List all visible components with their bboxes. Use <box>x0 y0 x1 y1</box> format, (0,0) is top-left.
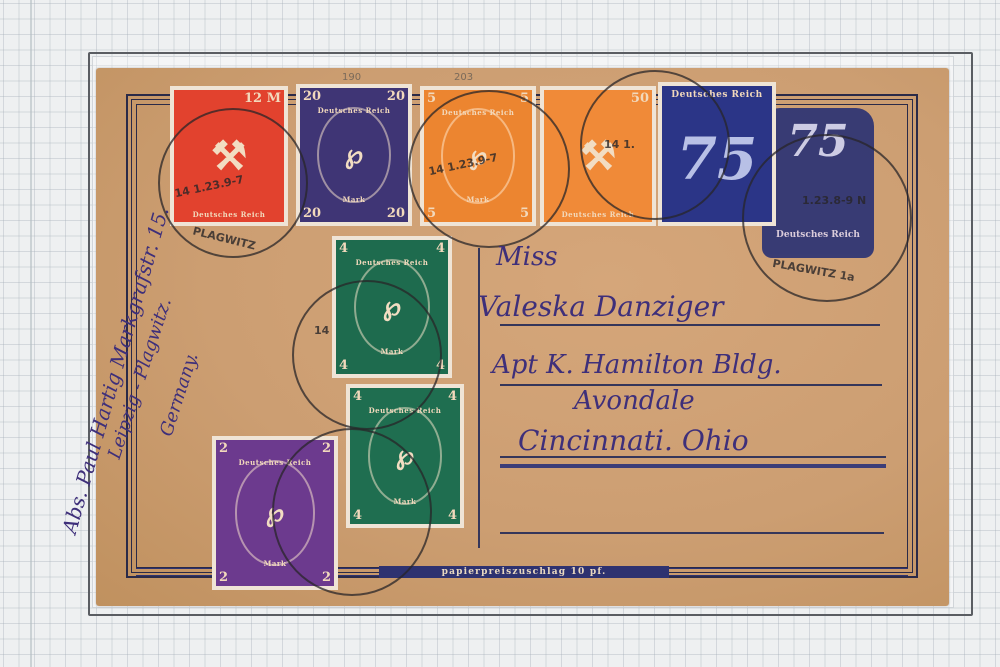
stamp-value: 75 <box>677 125 758 193</box>
stamp-value: 20 <box>303 89 321 104</box>
stamp-value: 4 <box>448 508 457 523</box>
posthorn-icon: ℘ <box>266 498 284 528</box>
stamp-value: 20 <box>387 89 405 104</box>
stamp-12m-red: 12 M ⚒ Deutsches Reich <box>170 86 288 226</box>
stamp-country: Deutsches Reich <box>216 458 334 467</box>
stamp-value: 50 <box>631 91 649 106</box>
stamp-value: 20 <box>303 206 321 221</box>
stamp-20m-violet: 20 20 20 20 Deutsches Reich ℘ Mark <box>296 84 412 226</box>
workers-icon: ⚒ <box>211 133 247 180</box>
stamp-value: 20 <box>387 206 405 221</box>
band-rule-right <box>669 568 908 576</box>
stamp-75-blue: Deutsches Reich 75 <box>658 82 776 226</box>
stamp-value: 4 <box>353 508 362 523</box>
stamp-country: Deutsches Reich <box>424 108 532 117</box>
workers-icon: ⚒ <box>580 133 616 180</box>
stamp-value: 2 <box>322 441 331 456</box>
stamp-5m-orange: 5 5 5 5 Deutsches Reich ℘ Mark <box>420 86 536 226</box>
pencil-note: 190 <box>342 72 361 83</box>
stamp-country: Deutsches Reich <box>350 406 460 415</box>
stamp-value: 2 <box>322 570 331 585</box>
stamp-country: Deutsches Reich <box>300 106 408 115</box>
address-city: Cincinnati. Ohio <box>518 424 749 457</box>
stamp-value: 4 <box>436 241 445 256</box>
stamp-value: 4 <box>436 358 445 373</box>
stamp-value: 5 <box>427 91 436 106</box>
stamp-denomination-label: Mark <box>216 559 334 568</box>
stamp-country: Deutsches Reich <box>662 90 772 100</box>
stamp-country: Deutsches Reich <box>336 258 448 267</box>
stamp-value: 2 <box>219 570 228 585</box>
address-line-underline <box>500 464 886 468</box>
stamp-4m-green: 4 4 4 4 Deutsches Reich ℘ Mark <box>346 384 464 528</box>
stamp-value: 4 <box>339 358 348 373</box>
stamp-4m-green: 4 4 4 4 Deutsches Reich ℘ Mark <box>332 236 452 378</box>
stamp-value: 5 <box>520 91 529 106</box>
stamp-value: 5 <box>520 206 529 221</box>
address-name: Valeska Danziger <box>478 290 724 323</box>
indicia-country: Deutsches Reich <box>762 230 874 240</box>
stamp-country: Deutsches Reich <box>174 210 284 219</box>
posthorn-icon: ℘ <box>469 141 487 171</box>
surcharge-band: papierpreiszuschlag 10 pf. <box>379 566 669 578</box>
stamp-value: 4 <box>339 241 348 256</box>
stamp-denomination-label: Mark <box>300 195 408 204</box>
stamp-value: 4 <box>448 389 457 404</box>
stamp-value: 5 <box>427 206 436 221</box>
posthorn-icon: ℘ <box>383 292 401 322</box>
address-line <box>500 324 880 326</box>
stamp-denomination-label: Mark <box>350 497 460 506</box>
stamp-50m-orange: 50 ⚒ Deutsches Reich <box>540 86 656 226</box>
stamp-denomination-label: Mark <box>424 195 532 204</box>
album-margin-line <box>30 0 32 667</box>
posthorn-icon: ℘ <box>396 441 414 471</box>
stamp-denomination-label: Mark <box>336 347 448 356</box>
address-line2: Avondale <box>574 386 695 416</box>
address-salutation: Miss <box>496 242 558 272</box>
address-line <box>500 532 884 534</box>
stamp-country: Deutsches Reich <box>544 210 652 219</box>
address-line1: Apt K. Hamilton Bldg. <box>492 350 782 380</box>
pencil-note: 203 <box>454 72 473 83</box>
indicia-value: 75 <box>762 116 874 167</box>
stamp-2m-purple: 2 2 2 2 Deutsches Reich ℘ Mark <box>212 436 338 590</box>
stamp-value: 12 M <box>244 91 281 106</box>
postcard: 190 203 papierpreiszuschlag 10 pf. 75 De… <box>96 68 949 606</box>
posthorn-icon: ℘ <box>345 140 363 170</box>
stamp-value: 2 <box>219 441 228 456</box>
imprinted-indicia-stamp: 75 Deutsches Reich <box>762 108 874 258</box>
stamp-value: 4 <box>353 389 362 404</box>
